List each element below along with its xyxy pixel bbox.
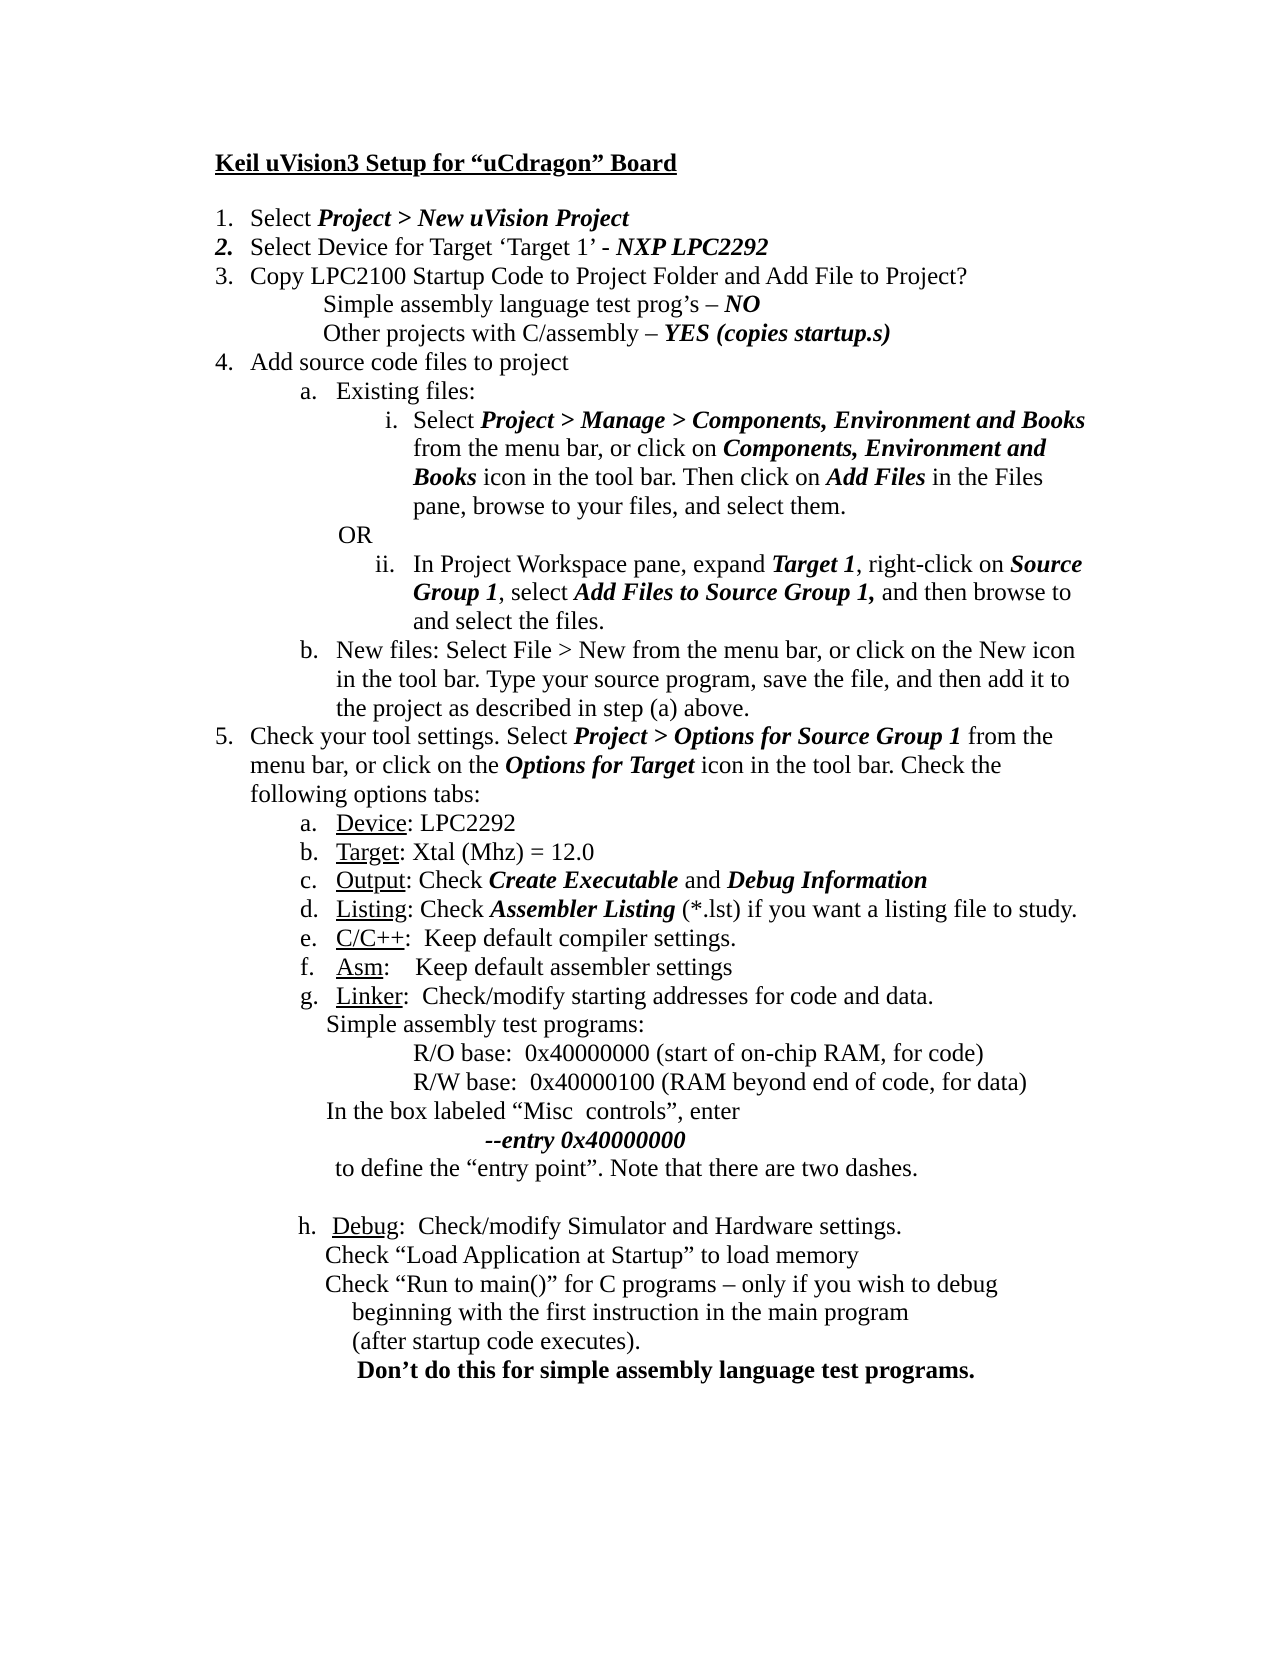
line-content: Select Device for Target ‘Target 1’ - NX…: [250, 234, 769, 262]
text-run: Options for Target: [505, 752, 694, 779]
document-line: R/O base: 0x40000000 (start of on-chip R…: [0, 1040, 1280, 1069]
text-run: to define the “entry point”. Note that t…: [335, 1155, 918, 1182]
text-run: Source: [1010, 551, 1082, 578]
line-content: OR: [338, 522, 373, 550]
line-content: beginning with the first instruction in …: [352, 1299, 909, 1327]
text-run: R/O base: 0x40000000 (start of on-chip R…: [413, 1040, 984, 1067]
line-content: the project as described in step (a) abo…: [336, 695, 750, 723]
text-run: Simple assembly test programs:: [326, 1011, 645, 1038]
text-run: YES (copies startup.s): [664, 320, 891, 347]
list-marker: b.: [300, 839, 319, 867]
text-run: pane, browse to your files, and select t…: [413, 493, 846, 520]
document-line: e.C/C++: Keep default compiler settings.: [0, 925, 1280, 954]
list-marker: ii.: [375, 551, 395, 579]
text-run: In Project Workspace pane, expand: [413, 551, 772, 578]
text-run: : Keep default assembler settings: [383, 954, 732, 981]
text-run: Select Device for Target ‘Target 1’ -: [250, 234, 616, 261]
text-run: Select: [413, 407, 480, 434]
document-line: the project as described in step (a) abo…: [0, 695, 1280, 724]
text-run: Target 1: [772, 551, 857, 578]
document-line: Check “Load Application at Startup” to l…: [0, 1242, 1280, 1271]
document-line: Simple assembly language test prog’s – N…: [0, 291, 1280, 320]
text-run: Assembler Listing: [490, 896, 675, 923]
document-line: pane, browse to your files, and select t…: [0, 493, 1280, 522]
text-run: , right-click on: [856, 551, 1010, 578]
text-run: New files: Select File > New from the me…: [336, 637, 1075, 664]
document-line: in the tool bar. Type your source progra…: [0, 666, 1280, 695]
document-line: 1.Select Project > New uVision Project: [0, 205, 1280, 234]
text-run: icon in the tool bar. Check the: [695, 752, 1002, 779]
text-run: : Keep default compiler settings.: [405, 925, 737, 952]
document-line: R/W base: 0x40000100 (RAM beyond end of …: [0, 1069, 1280, 1098]
document-line: ii.In Project Workspace pane, expand Tar…: [0, 551, 1280, 580]
text-run: Add Files to Source Group 1,: [574, 579, 875, 606]
line-content: Simple assembly test programs:: [326, 1011, 645, 1039]
line-content: menu bar, or click on the Options for Ta…: [250, 752, 1001, 780]
text-run: : Check: [407, 896, 490, 923]
text-run: Components, Environment and: [723, 435, 1046, 462]
text-run: Linker: [336, 983, 403, 1010]
document-line: following options tabs:: [0, 781, 1280, 810]
text-run: from the menu bar, or click on: [413, 435, 723, 462]
text-run: NXP LPC2292: [616, 234, 769, 261]
line-content: --entry 0x40000000: [485, 1127, 686, 1155]
text-run: the project as described in step (a) abo…: [336, 695, 750, 722]
document-line: from the menu bar, or click on Component…: [0, 435, 1280, 464]
text-run: Group 1: [413, 579, 498, 606]
text-run: Project > Options for Source Group 1: [574, 723, 962, 750]
text-run: Add source code files to project: [250, 349, 569, 376]
text-run: R/W base: 0x40000100 (RAM beyond end of …: [413, 1069, 1027, 1096]
document-line: 2.Select Device for Target ‘Target 1’ - …: [0, 234, 1280, 263]
text-run: Project > Manage > Components, Environme…: [480, 407, 1085, 434]
list-marker: 1.: [215, 205, 234, 233]
list-marker: 2.: [215, 234, 234, 262]
text-run: Simple assembly language test prog’s –: [323, 291, 724, 318]
document-line: b.Target: Xtal (Mhz) = 12.0: [0, 839, 1280, 868]
document-page: Keil uVision3 Setup for “uCdragon” Board…: [0, 0, 1280, 1656]
line-content: Copy LPC2100 Startup Code to Project Fol…: [250, 263, 967, 291]
document-line: g.Linker: Check/modify starting addresse…: [0, 983, 1280, 1012]
line-content: and select the files.: [413, 608, 605, 636]
list-marker: f.: [300, 954, 315, 982]
text-run: following options tabs:: [250, 781, 481, 808]
list-marker: 3.: [215, 263, 234, 291]
text-run: Select: [250, 205, 317, 232]
document-line: Simple assembly test programs:: [0, 1011, 1280, 1040]
line-content: In the box labeled “Misc controls”, ente…: [326, 1098, 740, 1126]
document-line: OR: [0, 522, 1280, 551]
document-line: d.Listing: Check Assembler Listing (*.ls…: [0, 896, 1280, 925]
text-run: menu bar, or click on the: [250, 752, 505, 779]
document-line: Don’t do this for simple assembly langua…: [0, 1357, 1280, 1386]
text-run: : LPC2292: [407, 810, 516, 837]
text-run: Existing files:: [336, 378, 476, 405]
document-line: 5.Check your tool settings. Select Proje…: [0, 723, 1280, 752]
document-line: Check “Run to main()” for C programs – o…: [0, 1271, 1280, 1300]
text-run: Listing: [336, 896, 407, 923]
text-run: OR: [338, 522, 373, 549]
text-run: --entry 0x40000000: [485, 1127, 686, 1154]
text-run: (after startup code executes).: [352, 1328, 641, 1355]
text-run: Create Executable: [489, 867, 679, 894]
document-line: to define the “entry point”. Note that t…: [0, 1155, 1280, 1184]
text-run: and select the files.: [413, 608, 605, 635]
document-line: i.Select Project > Manage > Components, …: [0, 407, 1280, 436]
line-content: Books icon in the tool bar. Then click o…: [413, 464, 1043, 492]
text-run: Project > New uVision Project: [317, 205, 628, 232]
document-line: Books icon in the tool bar. Then click o…: [0, 464, 1280, 493]
document-line: menu bar, or click on the Options for Ta…: [0, 752, 1280, 781]
text-run: Check “Load Application at Startup” to l…: [325, 1242, 859, 1269]
text-run: and then browse to: [876, 579, 1072, 606]
line-content: pane, browse to your files, and select t…: [413, 493, 846, 521]
document-line: a.Device: LPC2292: [0, 810, 1280, 839]
line-content: in the tool bar. Type your source progra…: [336, 666, 1070, 694]
list-marker: 4.: [215, 349, 234, 377]
document-line: c.Output: Check Create Executable and De…: [0, 867, 1280, 896]
document-line: Group 1, select Add Files to Source Grou…: [0, 579, 1280, 608]
document-line: a.Existing files:: [0, 378, 1280, 407]
list-marker: g.: [300, 983, 319, 1011]
line-content: Check your tool settings. Select Project…: [250, 723, 1053, 751]
text-run: from the: [961, 723, 1053, 750]
text-run: and: [678, 867, 727, 894]
text-run: : Check: [405, 867, 488, 894]
list-marker: e.: [300, 925, 317, 953]
line-content: Asm: Keep default assembler settings: [336, 954, 732, 982]
document-line: and select the files.: [0, 608, 1280, 637]
text-run: Target: [336, 839, 399, 866]
line-content: Select Project > New uVision Project: [250, 205, 629, 233]
text-run: : Check/modify Simulator and Hardware se…: [399, 1213, 902, 1240]
line-content: Device: LPC2292: [336, 810, 516, 838]
line-content: from the menu bar, or click on Component…: [413, 435, 1046, 463]
text-run: Asm: [336, 954, 383, 981]
line-content: (after startup code executes).: [352, 1328, 641, 1356]
line-content: R/O base: 0x40000000 (start of on-chip R…: [413, 1040, 984, 1068]
document-line: beginning with the first instruction in …: [0, 1299, 1280, 1328]
text-run: Don’t do this for simple assembly langua…: [357, 1357, 975, 1384]
list-marker: a.: [300, 810, 317, 838]
text-run: beginning with the first instruction in …: [352, 1299, 909, 1326]
list-marker: h.: [298, 1213, 317, 1241]
text-run: icon in the tool bar. Then click on: [477, 464, 826, 491]
document-line: f.Asm: Keep default assembler settings: [0, 954, 1280, 983]
document-line: --entry 0x40000000: [0, 1127, 1280, 1156]
list-marker: 5.: [215, 723, 234, 751]
line-content: Listing: Check Assembler Listing (*.lst)…: [336, 896, 1077, 924]
list-marker: d.: [300, 896, 319, 924]
list-marker: b.: [300, 637, 319, 665]
line-content: In Project Workspace pane, expand Target…: [413, 551, 1082, 579]
line-content: C/C++: Keep default compiler settings.: [336, 925, 736, 953]
line-content: R/W base: 0x40000100 (RAM beyond end of …: [413, 1069, 1027, 1097]
text-run: In the box labeled “Misc controls”, ente…: [326, 1098, 740, 1125]
line-content: Group 1, select Add Files to Source Grou…: [413, 579, 1071, 607]
line-content: Other projects with C/assembly – YES (co…: [323, 320, 891, 348]
text-run: Debug: [332, 1213, 399, 1240]
line-content: Linker: Check/modify starting addresses …: [336, 983, 934, 1011]
line-content: Don’t do this for simple assembly langua…: [357, 1357, 975, 1385]
text-run: Other projects with C/assembly –: [323, 320, 664, 347]
text-run: in the Files: [926, 464, 1043, 491]
list-marker: a.: [300, 378, 317, 406]
text-run: Debug Information: [727, 867, 928, 894]
line-content: Check “Load Application at Startup” to l…: [325, 1242, 859, 1270]
text-run: : Xtal (Mhz) = 12.0: [399, 839, 594, 866]
text-run: Device: [336, 810, 407, 837]
text-run: Add Files: [826, 464, 925, 491]
text-run: Books: [413, 464, 477, 491]
text-run: Check “Run to main()” for C programs – o…: [325, 1271, 998, 1298]
text-run: : Check/modify starting addresses for co…: [403, 983, 934, 1010]
line-content: Select Project > Manage > Components, En…: [413, 407, 1085, 435]
line-content: Check “Run to main()” for C programs – o…: [325, 1271, 998, 1299]
document-line: 4.Add source code files to project: [0, 349, 1280, 378]
text-run: Output: [336, 867, 405, 894]
line-content: Output: Check Create Executable and Debu…: [336, 867, 928, 895]
document-line: b.New files: Select File > New from the …: [0, 637, 1280, 666]
document-line: Other projects with C/assembly – YES (co…: [0, 320, 1280, 349]
line-content: Debug: Check/modify Simulator and Hardwa…: [332, 1213, 902, 1241]
line-content: Existing files:: [336, 378, 476, 406]
text-run: in the tool bar. Type your source progra…: [336, 666, 1070, 693]
text-run: NO: [724, 291, 760, 318]
text-run: Check your tool settings. Select: [250, 723, 574, 750]
text-run: C/C++: [336, 925, 405, 952]
list-marker: c.: [300, 867, 317, 895]
line-content: following options tabs:: [250, 781, 481, 809]
document-line: 3.Copy LPC2100 Startup Code to Project F…: [0, 263, 1280, 292]
text-run: (*.lst) if you want a listing file to st…: [676, 896, 1078, 923]
text-run: , select: [498, 579, 574, 606]
list-marker: i.: [385, 407, 398, 435]
line-content: New files: Select File > New from the me…: [336, 637, 1075, 665]
document-line: In the box labeled “Misc controls”, ente…: [0, 1098, 1280, 1127]
document-line: (after startup code executes).: [0, 1328, 1280, 1357]
line-content: Target: Xtal (Mhz) = 12.0: [336, 839, 594, 867]
text-run: Copy LPC2100 Startup Code to Project Fol…: [250, 263, 967, 290]
line-content: Add source code files to project: [250, 349, 569, 377]
document-line: h.Debug: Check/modify Simulator and Hard…: [0, 1213, 1280, 1242]
document-title: Keil uVision3 Setup for “uCdragon” Board: [215, 150, 677, 178]
line-content: Simple assembly language test prog’s – N…: [323, 291, 760, 319]
line-content: to define the “entry point”. Note that t…: [335, 1155, 918, 1183]
